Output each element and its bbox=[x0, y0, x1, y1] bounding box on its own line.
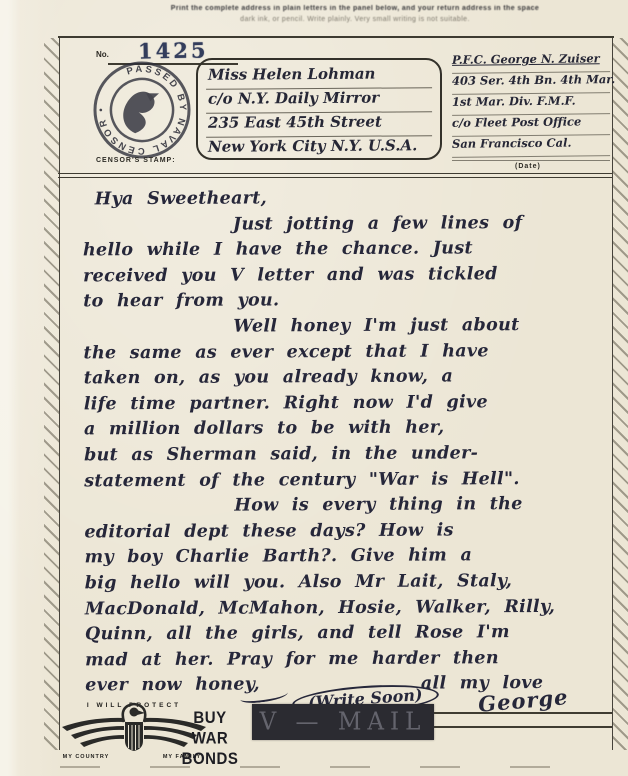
vmail-stamp: V — MAIL bbox=[252, 704, 434, 740]
letter-line: Just jotting a few lines of bbox=[83, 210, 611, 238]
letter-line: hello while I have the chance. Just bbox=[83, 236, 611, 264]
vmail-stamp-text: V — MAIL bbox=[260, 708, 427, 735]
vmail-letter-scan: Print the complete address in plain lett… bbox=[0, 0, 628, 776]
sender-line: P.F.C. George N. Zuiser bbox=[452, 51, 610, 74]
buy-label: BUY bbox=[164, 708, 256, 729]
letter-line: ever now honey, bbox=[85, 673, 260, 700]
emblem-left-text: MY COUNTRY bbox=[63, 754, 110, 760]
form-right-hatched-edge bbox=[612, 38, 628, 750]
recipient-line: c/o N.Y. Daily Mirror bbox=[206, 88, 432, 114]
sender-address-block: P.F.C. George N. Zuiser 403 Ser. 4th Bn.… bbox=[452, 52, 610, 157]
sender-line: c/o Fleet Post Office bbox=[452, 114, 610, 137]
letter-line: life time partner. Right now I'd give bbox=[84, 389, 612, 417]
recipient-line: New York City N.Y. U.S.A. bbox=[206, 136, 432, 161]
letter-line: Hya Sweetheart, bbox=[83, 185, 611, 213]
paper-bottom-shadow bbox=[60, 766, 600, 768]
letter-line: mad at her. Pray for me harder then bbox=[85, 645, 613, 673]
recipient-line: Miss Helen Lohman bbox=[206, 64, 432, 90]
letter-line: statement of the century "War is Hell". bbox=[84, 466, 612, 494]
letter-line: received you V letter and was tickled bbox=[83, 261, 611, 289]
sender-line: 403 Ser. 4th Bn. 4th Mar. bbox=[452, 72, 610, 95]
letter-line: my boy Charlie Barth?. Give him a bbox=[85, 543, 613, 571]
header-divider bbox=[58, 173, 612, 174]
letter-line: but as Sherman said, in the under- bbox=[84, 441, 612, 469]
war-bonds-label: WAR BONDS bbox=[164, 728, 256, 769]
letter-line: How is every thing in the bbox=[84, 492, 612, 520]
form-top-border bbox=[58, 36, 614, 38]
form-instructions: Print the complete address in plain lett… bbox=[120, 3, 590, 25]
letter-body: Hya Sweetheart, Just jotting a few lines… bbox=[83, 185, 614, 700]
sender-line: San Francisco Cal. bbox=[452, 135, 610, 158]
letter-line: MacDonald, McMahon, Hosie, Walker, Rilly… bbox=[85, 594, 613, 622]
letter-line: taken on, as you already know, a bbox=[84, 364, 612, 392]
letter-line: Quinn, all the girls, and tell Rose I'm bbox=[85, 620, 613, 648]
letter-line: big hello will you. Also Mr Lait, Staly, bbox=[85, 569, 613, 597]
recipient-line: 235 East 45th Street bbox=[206, 112, 432, 138]
footer-line bbox=[434, 726, 612, 728]
footer-line bbox=[434, 712, 612, 714]
form-left-hatched-edge bbox=[44, 38, 60, 750]
form-instructions-line2: dark ink, or pencil. Write plainly. Very… bbox=[120, 14, 590, 25]
letter-line: Well honey I'm just about bbox=[83, 313, 611, 341]
letter-line: to hear from you. bbox=[83, 287, 611, 315]
date-label: (Date) bbox=[515, 163, 541, 170]
buy-war-bonds-text: BUY WAR BONDS bbox=[164, 708, 256, 770]
recipient-address-panel: Miss Helen Lohman c/o N.Y. Daily Mirror … bbox=[196, 58, 442, 160]
date-underline bbox=[452, 160, 610, 161]
letter-line: editorial dept these days? How is bbox=[84, 517, 612, 545]
letter-line: the same as ever except that I have bbox=[83, 338, 611, 366]
letter-line: a million dollars to be with her, bbox=[84, 415, 612, 443]
censor-stamp-icon: PASSED BY NAVAL CENSOR • bbox=[90, 58, 194, 162]
sender-line: 1st Mar. Div. F.M.F. bbox=[452, 93, 610, 116]
form-instructions-line1: Print the complete address in plain lett… bbox=[120, 3, 590, 14]
censor-stamp-label: CENSOR'S STAMP: bbox=[96, 157, 176, 164]
header-divider bbox=[58, 177, 612, 178]
